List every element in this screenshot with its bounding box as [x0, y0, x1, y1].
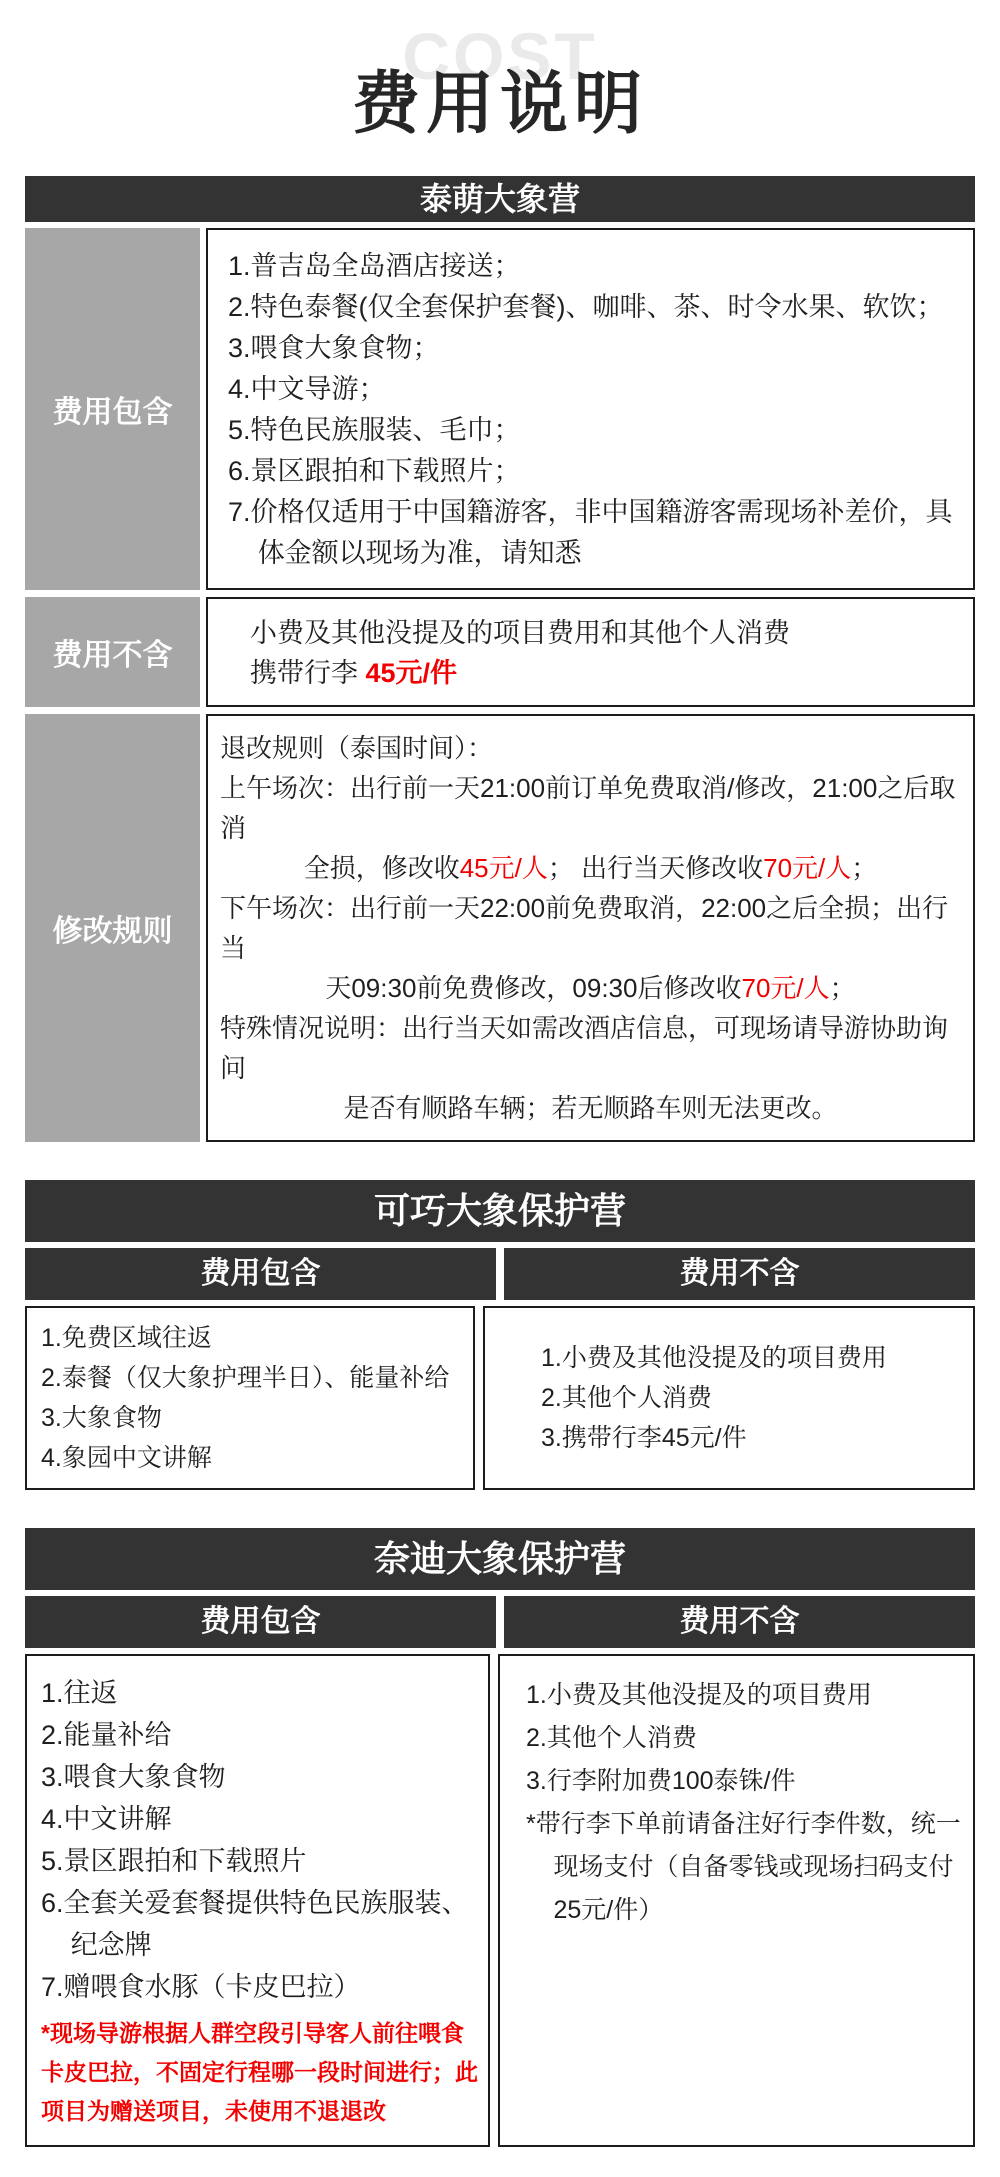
- column-body-row: 1.往返2.能量补给3.喂食大象食物4.中文讲解5.景区跟拍和下载照片6.全套关…: [25, 1654, 975, 2147]
- camp-title-keqiao: 可巧大象保护营: [25, 1180, 975, 1242]
- text-line: 4.象园中文讲解: [41, 1438, 467, 1478]
- included-column-header: 费用包含: [25, 1596, 496, 1648]
- text-line: 全损，修改收45元/人； 出行当天修改收70元/人；: [220, 848, 961, 888]
- excluded-row: 费用不含 小费及其他没提及的项目费用和其他个人消费携带行李 45元/件: [25, 597, 975, 707]
- text-line: 5.景区跟拍和下载照片: [41, 1840, 480, 1882]
- text-line: 5.特色民族服装、毛巾；: [228, 410, 963, 451]
- column-header-row: 费用包含 费用不含: [25, 1596, 975, 1648]
- keqiao-camp-table: 可巧大象保护营 费用包含 费用不含 1.免费区域往返2.泰餐（仅大象护理半日）、…: [25, 1180, 975, 1490]
- text-line: 下午场次：出行前一天22:00前免费取消，22:00之后全损；出行当: [220, 888, 961, 968]
- text-line: 6.景区跟拍和下载照片；: [228, 451, 963, 492]
- excluded-column-header: 费用不含: [504, 1596, 975, 1648]
- text-line: 退改规则（泰国时间）：: [220, 728, 961, 768]
- text-line: 2.特色泰餐(仅全套保护套餐)、咖啡、茶、时令水果、软饮；: [228, 287, 963, 328]
- text-line: 1.小费及其他没提及的项目费用: [541, 1338, 967, 1378]
- taimeng-camp-table: 泰萌大象营 费用包含 1.普吉岛全岛酒店接送；2.特色泰餐(仅全套保护套餐)、咖…: [25, 176, 975, 1142]
- camp-title-taimeng: 泰萌大象营: [25, 176, 975, 222]
- excluded-cell: 小费及其他没提及的项目费用和其他个人消费携带行李 45元/件: [206, 597, 975, 707]
- text-line: 7.赠喂食水豚（卡皮巴拉）: [41, 1966, 480, 2008]
- text-line: 2.能量补给: [41, 1714, 480, 1756]
- text-line: 6.全套关爱套餐提供特色民族服装、纪念牌: [41, 1882, 480, 1966]
- excluded-column-header: 费用不含: [504, 1248, 975, 1300]
- text-line: 4.中文讲解: [41, 1798, 480, 1840]
- included-cell: 1.往返2.能量补给3.喂食大象食物4.中文讲解5.景区跟拍和下载照片6.全套关…: [25, 1654, 490, 2147]
- excluded-cell: 1.小费及其他没提及的项目费用2.其他个人消费3.携带行李45元/件: [483, 1306, 975, 1490]
- page-title: 费用说明: [25, 50, 975, 147]
- text-line: 3.行李附加费100泰铢/件: [526, 1760, 965, 1803]
- text-line: 4.中文导游；: [228, 369, 963, 410]
- text-line: 小费及其他没提及的项目费用和其他个人消费: [250, 613, 963, 653]
- camp-title-naidi: 奈迪大象保护营: [25, 1528, 975, 1590]
- policy-label: 修改规则: [25, 714, 200, 1142]
- included-label: 费用包含: [25, 228, 200, 590]
- included-cell: 1.免费区域往返2.泰餐（仅大象护理半日）、能量补给3.大象食物4.象园中文讲解: [25, 1306, 475, 1490]
- text-line: 3.大象食物: [41, 1398, 467, 1438]
- text-line: 上午场次：出行前一天21:00前订单免费取消/修改，21:00之后取消: [220, 768, 961, 848]
- text-line: 特殊情况说明：出行当天如需改酒店信息，可现场请导游协助询问: [220, 1008, 961, 1088]
- text-line: 2.泰餐（仅大象护理半日）、能量补给: [41, 1358, 467, 1398]
- text-line: 3.携带行李45元/件: [541, 1418, 967, 1458]
- text-line: 天09:30前免费修改，09:30后修改收70元/人；: [220, 968, 961, 1008]
- text-line: 7.价格仅适用于中国籍游客，非中国籍游客需现场补差价，具体金额以现场为准，请知悉: [228, 492, 963, 574]
- text-line: 是否有顺路车辆；若无顺路车则无法更改。: [220, 1088, 961, 1128]
- excluded-label: 费用不含: [25, 597, 200, 707]
- included-cell: 1.普吉岛全岛酒店接送；2.特色泰餐(仅全套保护套餐)、咖啡、茶、时令水果、软饮…: [206, 228, 975, 590]
- text-line: *带行李下单前请备注好行李件数，统一现场支付（自备零钱或现场扫码支付25元/件）: [526, 1803, 965, 1932]
- text-line: 1.免费区域往返: [41, 1318, 467, 1358]
- text-line: 2.其他个人消费: [526, 1717, 965, 1760]
- policy-cell: 退改规则（泰国时间）：上午场次：出行前一天21:00前订单免费取消/修改，21:…: [206, 714, 975, 1142]
- excluded-cell: 1.小费及其他没提及的项目费用2.其他个人消费3.行李附加费100泰铢/件*带行…: [498, 1654, 975, 2147]
- text-line: 3.喂食大象食物: [41, 1756, 480, 1798]
- column-body-row: 1.免费区域往返2.泰餐（仅大象护理半日）、能量补给3.大象食物4.象园中文讲解…: [25, 1306, 975, 1490]
- text-line: 3.喂食大象食物；: [228, 328, 963, 369]
- text-line: 1.往返: [41, 1672, 480, 1714]
- policy-row: 修改规则 退改规则（泰国时间）：上午场次：出行前一天21:00前订单免费取消/修…: [25, 714, 975, 1142]
- included-column-header: 费用包含: [25, 1248, 496, 1300]
- column-header-row: 费用包含 费用不含: [25, 1248, 975, 1300]
- text-line: 1.普吉岛全岛酒店接送；: [228, 246, 963, 287]
- text-line: 携带行李 45元/件: [250, 653, 963, 693]
- text-line: *现场导游根据人群空段引导客人前往喂食卡皮巴拉，不固定行程哪一段时间进行；此项目…: [41, 2014, 480, 2131]
- text-line: 1.小费及其他没提及的项目费用: [526, 1674, 965, 1717]
- included-row: 费用包含 1.普吉岛全岛酒店接送；2.特色泰餐(仅全套保护套餐)、咖啡、茶、时令…: [25, 228, 975, 590]
- page-header: COST 费用说明: [25, 22, 975, 150]
- cost-description-page: COST 费用说明 泰萌大象营 费用包含 1.普吉岛全岛酒店接送；2.特色泰餐(…: [0, 0, 1000, 2177]
- naidi-camp-table: 奈迪大象保护营 费用包含 费用不含 1.往返2.能量补给3.喂食大象食物4.中文…: [25, 1528, 975, 2147]
- text-line: 2.其他个人消费: [541, 1378, 967, 1418]
